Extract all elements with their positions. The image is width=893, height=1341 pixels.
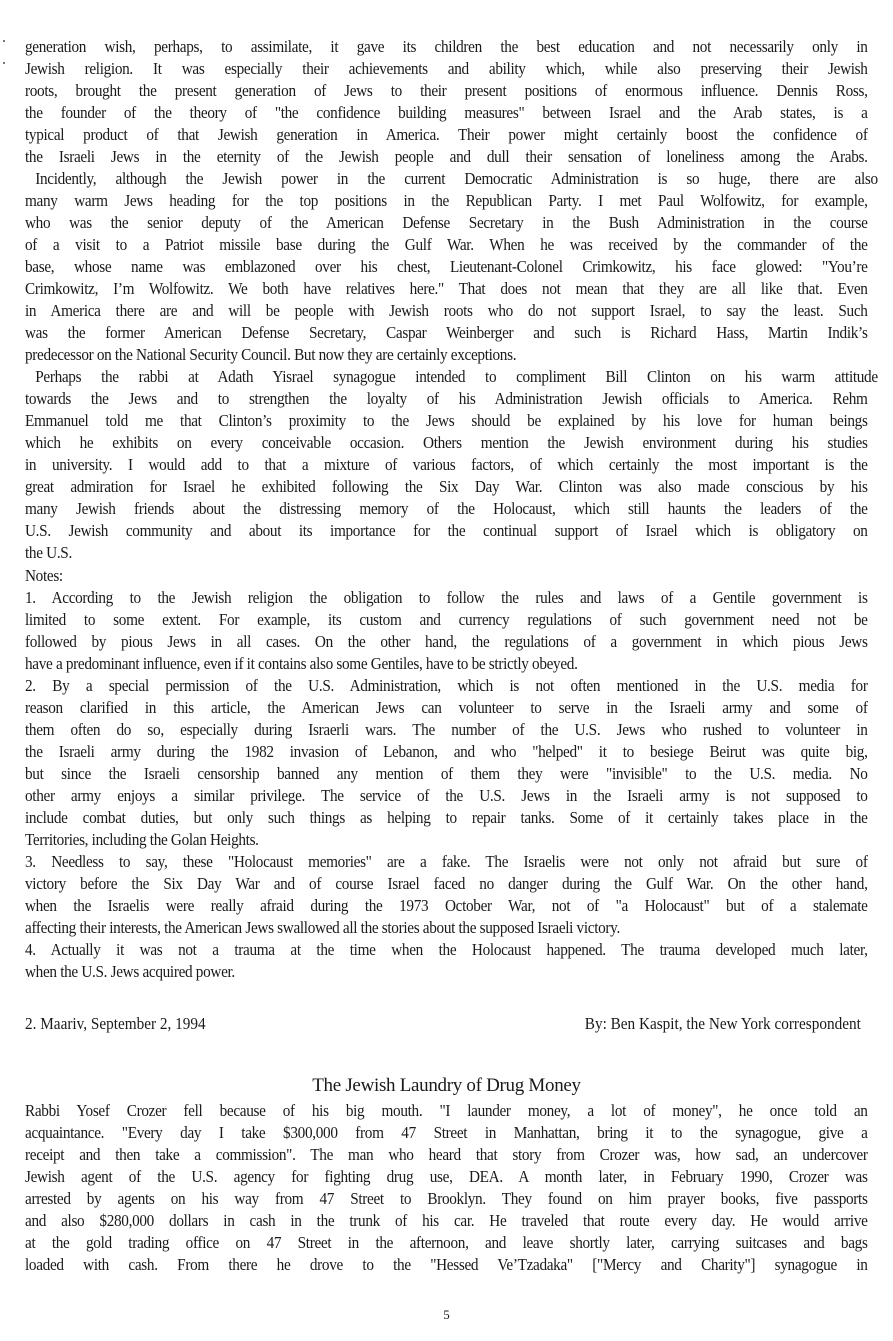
text-line: Rabbi Yosef Crozer fell because of his b… xyxy=(25,1100,868,1122)
note-4-line: when the U.S. Jews acquired power. xyxy=(25,961,868,983)
note-2-line: 2. By a special permission of the U.S. A… xyxy=(25,675,868,697)
text-line: acquaintance. "Every day I take $300,000… xyxy=(25,1122,868,1144)
text-line: and also $280,000 dollars in cash in the… xyxy=(25,1210,868,1232)
text-line: generation wish, perhaps, to assimilate,… xyxy=(25,36,868,58)
text-line: receipt and then take a commission". The… xyxy=(25,1144,868,1166)
scan-artifact xyxy=(3,40,5,42)
note-2-line: Territories, including the Golan Heights… xyxy=(25,829,868,851)
note-3-line: 3. Needless to say, these "Holocaust mem… xyxy=(25,851,868,873)
text-line: Jewish religion. It was especially their… xyxy=(25,58,868,80)
note-3-line: victory before the Six Day War and of co… xyxy=(25,873,868,895)
text-line: was the former American Defense Secretar… xyxy=(25,322,868,344)
text-line: predecessor on the National Security Cou… xyxy=(25,344,868,366)
note-2-line: them often do so, especially during Isra… xyxy=(25,719,868,741)
note-2-line: but since the Israeli censorship banned … xyxy=(25,763,868,785)
text-line: in America there are and will be people … xyxy=(25,300,868,322)
text-line: Emmanuel told me that Clinton’s proximit… xyxy=(25,410,868,432)
text-line: many Jewish friends about the distressin… xyxy=(25,498,868,520)
text-line: the Israeli Jews in the eternity of the … xyxy=(25,146,868,168)
text-line: arrested by agents on his way from 47 St… xyxy=(25,1188,868,1210)
note-1-line: limited to some extent. For example, its… xyxy=(25,609,868,631)
text-line: which he exhibits on every conceivable o… xyxy=(25,432,868,454)
text-line: many warm Jews heading for the top posit… xyxy=(25,190,868,212)
note-3-line: when the Israelis were really afraid dur… xyxy=(25,895,868,917)
note-2-line: include combat duties, but only such thi… xyxy=(25,807,868,829)
text-line: great admiration for Israel he exhibited… xyxy=(25,476,868,498)
article-title: The Jewish Laundry of Drug Money xyxy=(0,1074,893,1098)
page-number: 5 xyxy=(0,1307,893,1323)
note-4-line: 4. Actually it was not a trauma at the t… xyxy=(25,939,868,961)
text-line: at the gold trading office on 47 Street … xyxy=(25,1232,868,1254)
text-line: of a visit to a Patriot missile base dur… xyxy=(25,234,868,256)
text-line: roots, brought the present generation of… xyxy=(25,80,868,102)
text-line: U.S. Jewish community and about its impo… xyxy=(25,520,868,542)
text-line: the U.S. xyxy=(25,542,868,564)
text-line: loaded with cash. From there he drove to… xyxy=(25,1254,868,1276)
notes-heading: Notes: xyxy=(25,565,868,587)
note-1-line: 1. According to the Jewish religion the … xyxy=(25,587,868,609)
text-line: Perhaps the rabbi at Adath Yisrael synag… xyxy=(25,366,878,388)
text-line: who was the senior deputy of the America… xyxy=(25,212,868,234)
text-line: towards the Jews and to strengthen the l… xyxy=(25,388,868,410)
text-line: in university. I would add to that a mix… xyxy=(25,454,868,476)
source-citation: 2. Maariv, September 2, 1994 xyxy=(25,1013,206,1035)
text-line: Crimkowitz, I’m Wolfowitz. We both have … xyxy=(25,278,868,300)
note-2-line: other army enjoys a similar privilege. T… xyxy=(25,785,868,807)
text-line: the founder of the theory of "the confid… xyxy=(25,102,868,124)
text-line: Incidently, although the Jewish power in… xyxy=(25,168,878,190)
note-1-line: have a predominant influence, even if it… xyxy=(25,653,868,675)
note-1-line: followed by pious Jews in all cases. On … xyxy=(25,631,868,653)
author-byline: By: Ben Kaspit, the New York corresponde… xyxy=(585,1013,861,1035)
text-line: base, whose name was emblazoned over his… xyxy=(25,256,868,278)
text-line: Jewish agent of the U.S. agency for figh… xyxy=(25,1166,868,1188)
note-3-line: affecting their interests, the American … xyxy=(25,917,868,939)
text-line: typical product of that Jewish generatio… xyxy=(25,124,868,146)
note-2-line: the Israeli army during the 1982 invasio… xyxy=(25,741,868,763)
scan-artifact xyxy=(3,62,5,64)
document-page: generation wish, perhaps, to assimilate,… xyxy=(0,0,893,1341)
note-2-line: reason clarified in this article, the Am… xyxy=(25,697,868,719)
